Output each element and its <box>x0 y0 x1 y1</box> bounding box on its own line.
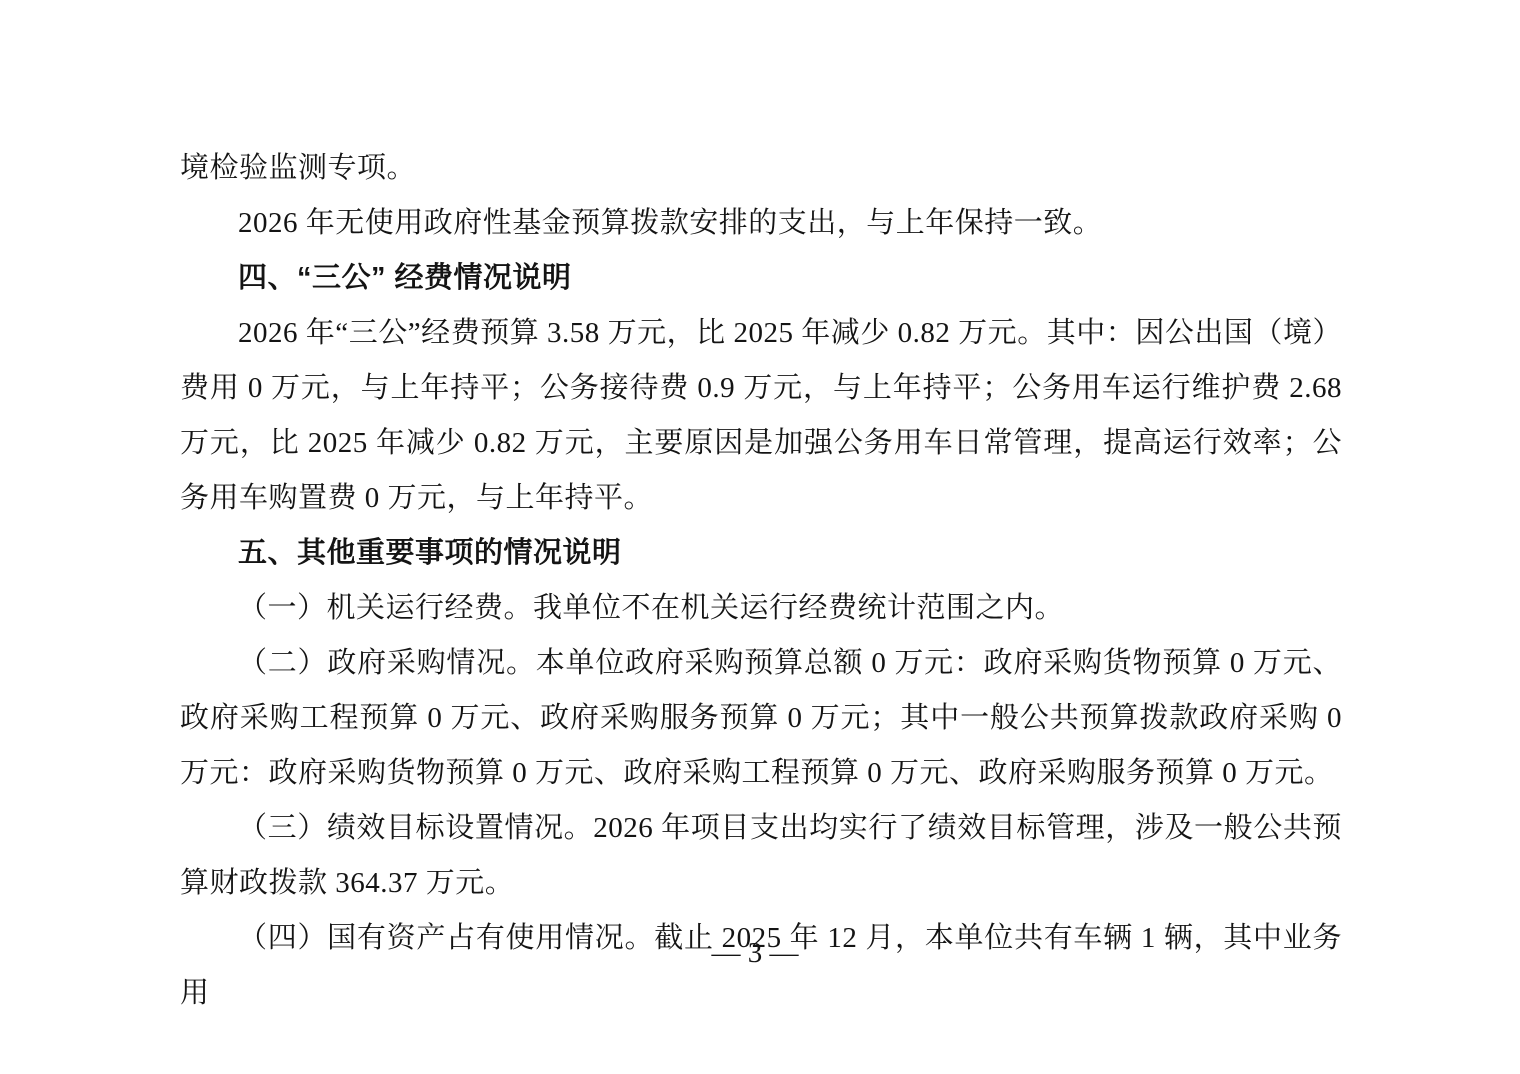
paragraph-government-procurement: （二）政府采购情况。本单位政府采购预算总额 0 万元：政府采购货物预算 0 万元… <box>180 636 1342 801</box>
paragraph-performance-targets: （三）绩效目标设置情况。2026 年项目支出均实行了绩效目标管理，涉及一般公共预… <box>180 801 1342 911</box>
paragraph-agency-operating-funds: （一）机关运行经费。我单位不在机关运行经费统计范围之内。 <box>180 581 1342 636</box>
paragraph-continuation: 境检验监测专项。 <box>180 141 1342 196</box>
page-footer: — 3 — <box>0 933 1510 973</box>
paragraph-rest-agency-operating-funds: 我单位不在机关运行经费统计范围之内。 <box>533 592 1064 624</box>
page-number: — 3 — <box>712 937 799 969</box>
paragraph-gov-fund-budget: 2026 年无使用政府性基金预算拨款安排的支出，与上年保持一致。 <box>180 196 1342 251</box>
document-page: { "page": { "background": "#ffffff", "te… <box>0 0 1520 1074</box>
section-heading-other-important-matters: 五、其他重要事项的情况说明 <box>180 526 1342 581</box>
paragraph-lead-performance-targets: （三）绩效目标设置情况。 <box>238 812 593 844</box>
paragraph-three-public-expenses-detail: 2026 年“三公”经费预算 3.58 万元，比 2025 年减少 0.82 万… <box>180 306 1342 526</box>
paragraph-lead-agency-operating-funds: （一）机关运行经费。 <box>238 592 533 624</box>
document-body: 境检验监测专项。 2026 年无使用政府性基金预算拨款安排的支出，与上年保持一致… <box>180 141 1342 1021</box>
section-heading-three-public-expenses: 四、“三公” 经费情况说明 <box>180 251 1342 306</box>
paragraph-lead-government-procurement: （二）政府采购情况。 <box>238 647 536 679</box>
